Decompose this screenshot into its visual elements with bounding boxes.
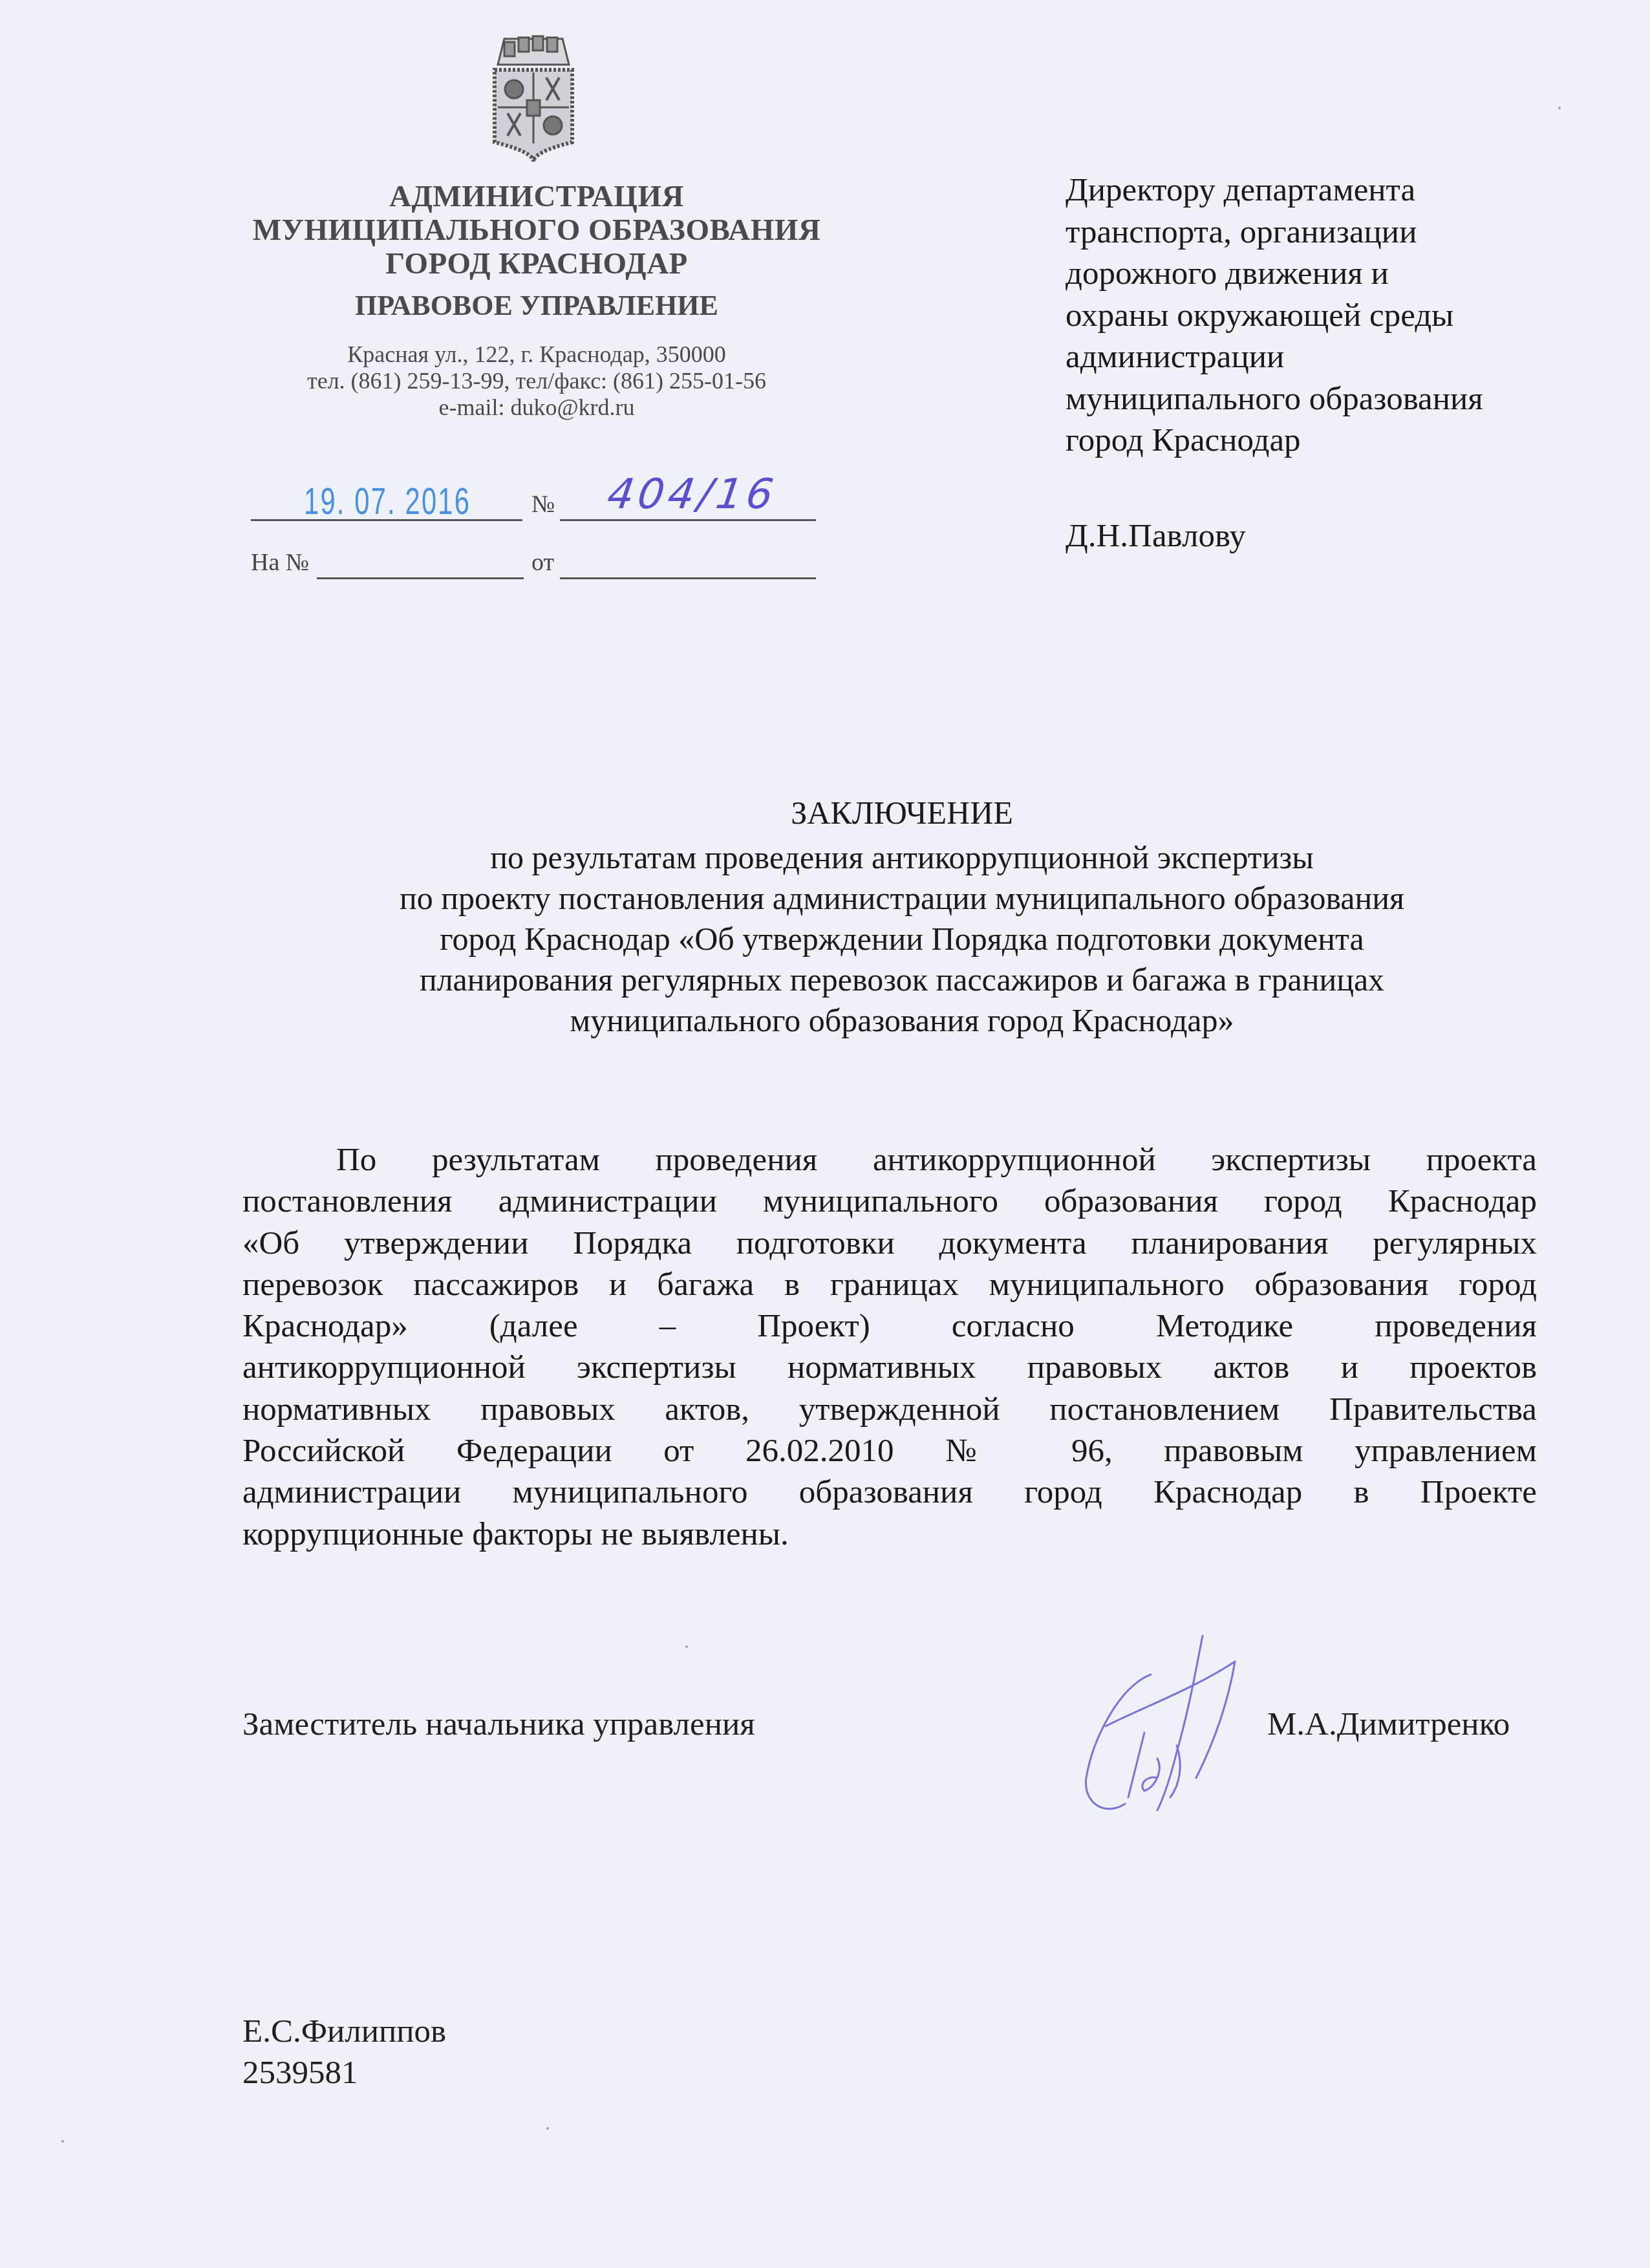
- scan-speck: [61, 2140, 64, 2143]
- org-line: АДМИНИСТРАЦИЯ: [239, 180, 834, 213]
- body-line: перевозок пассажиров и багажа в границах…: [242, 1264, 1537, 1305]
- body-line: «Об утверждении Порядка подготовки докум…: [242, 1223, 1537, 1264]
- address: Красная ул., 122, г. Краснодар, 350000: [239, 341, 834, 368]
- body-line: Краснодар» (далее – Проект) согласно Мет…: [242, 1305, 1537, 1347]
- title-line: муниципального образования город Краснод…: [246, 1000, 1558, 1041]
- reply-to-line: [317, 577, 524, 579]
- body-line: постановления администрации муниципально…: [242, 1181, 1537, 1222]
- addressee-block: Директору департамента транспорта, орган…: [1066, 169, 1483, 462]
- handwritten-signature-icon: [1067, 1629, 1280, 1823]
- addressee-line: транспорта, организации: [1066, 211, 1483, 253]
- body-line: коррупционные факторы не выявлены.: [242, 1514, 1537, 1555]
- title-line: по результатам проведения антикоррупцион…: [246, 837, 1558, 878]
- body-paragraph: По результатам проведения антикоррупцион…: [242, 1139, 1537, 1555]
- title-line: планирования регулярных перевозок пассаж…: [246, 959, 1558, 1000]
- letterhead-organization: АДМИНИСТРАЦИЯ МУНИЦИПАЛЬНОГО ОБРАЗОВАНИЯ…: [239, 180, 834, 281]
- scan-speck: [685, 1645, 688, 1648]
- handwritten-number: 404/16: [605, 471, 780, 519]
- document-title: ЗАКЛЮЧЕНИЕ по результатам проведения ант…: [246, 793, 1558, 1041]
- date-stamp: 19. 07. 2016: [304, 480, 471, 523]
- addressee-name: Д.Н.Павлову: [1066, 517, 1246, 555]
- addressee-line: муниципального образования: [1066, 378, 1483, 420]
- org-line: МУНИЦИПАЛЬНОГО ОБРАЗОВАНИЯ: [239, 213, 834, 247]
- body-line: Российской Федерации от 26.02.2010 № 96,…: [242, 1430, 1537, 1471]
- executor-phone: 2539581: [242, 2052, 446, 2093]
- addressee-line: администрации: [1066, 336, 1483, 378]
- from-label: от: [531, 548, 554, 577]
- org-line: ГОРОД КРАСНОДАР: [239, 247, 834, 281]
- title-line: по проекту постановления администрации м…: [246, 878, 1558, 919]
- email: e-mail: duko@krd.ru: [239, 394, 834, 421]
- reply-to-label: На №: [251, 548, 309, 577]
- addressee-line: город Краснодар: [1066, 420, 1483, 462]
- executor-block: Е.С.Филиппов 2539581: [242, 2011, 446, 2093]
- addressee-line: охраны окружающей среды: [1066, 295, 1483, 337]
- title-heading: ЗАКЛЮЧЕНИЕ: [246, 793, 1558, 833]
- title-line: город Краснодар «Об утверждении Порядка …: [246, 919, 1558, 959]
- letterhead-department: ПРАВОВОЕ УПРАВЛЕНИЕ: [239, 290, 834, 322]
- coat-of-arms-icon: [491, 26, 575, 162]
- letterhead-contacts: Красная ул., 122, г. Краснодар, 350000 т…: [239, 341, 834, 421]
- addressee-line: дорожного движения и: [1066, 253, 1483, 295]
- scan-speck: [1558, 107, 1561, 109]
- body-line: антикоррупционной экспертизы нормативных…: [242, 1347, 1537, 1388]
- body-line: администрации муниципального образования…: [242, 1471, 1537, 1513]
- phones: тел. (861) 259-13-99, тел/факс: (861) 25…: [239, 368, 834, 394]
- from-line: [560, 577, 816, 579]
- signer-name: М.А.Димитренко: [1267, 1706, 1510, 1743]
- executor-name: Е.С.Филиппов: [242, 2011, 446, 2052]
- body-line: нормативных правовых актов, утвержденной…: [242, 1389, 1537, 1430]
- addressee-line: Директору департамента: [1066, 169, 1483, 211]
- number-label: №: [531, 490, 555, 519]
- body-line: По результатам проведения антикоррупцион…: [242, 1139, 1537, 1181]
- number-line: [560, 519, 816, 521]
- signer-position: Заместитель начальника управления: [242, 1706, 755, 1743]
- scan-speck: [546, 2127, 549, 2130]
